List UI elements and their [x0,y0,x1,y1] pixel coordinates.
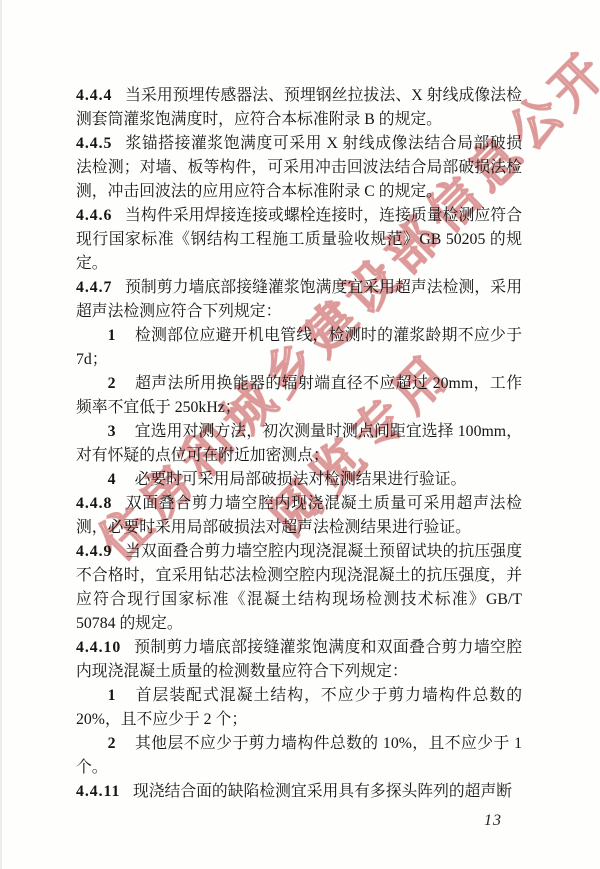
clause-paragraph: 4.4.4当采用预埋传感器法、预埋钢丝拉拔法、X 射线成像法检测套筒灌浆饱满度时… [76,84,522,132]
clause-text: 当构件采用焊接连接或螺栓连接时，连接质量检测应符合现行国家标准《钢结构工程施工质… [76,207,522,272]
clause-number: 4.4.11 [76,783,120,800]
clause-text: 预制剪力墙底部接缝灌浆饱满度宜采用超声法检测，采用超声法检测应符合下列规定： [76,279,522,320]
item-number: 1 [108,687,117,704]
clause-number: 4.4.9 [76,543,112,560]
clause-paragraph: 4.4.11现浇结合面的缺陷检测宜采用具有多探头阵列的超声断 [76,780,522,804]
clause-text: 浆锚搭接灌浆饱满度可采用 X 射线成像法结合局部破损法检测；对墙、板等构件，可采… [76,135,522,200]
clause-paragraph: 4.4.10预制剪力墙底部接缝灌浆饱满度和双面叠合剪力墙空腔内现浇混凝土质量的检… [76,636,522,684]
numbered-item: 2超声法所用换能器的辐射端直径不应超过 20mm，工作频率不宜低于 250kHz… [76,372,522,420]
clause-number: 4.4.10 [76,639,121,656]
numbered-item: 1首层装配式混凝土结构，不应少于剪力墙构件总数的 20%，且不应少于 2 个； [76,684,522,732]
item-text: 其他层不应少于剪力墙构件总数的 10%，且不应少于 1 个。 [76,735,522,776]
item-number: 1 [108,327,117,344]
item-text: 宜选用对测方法，初次测量时测点间距宜选择 100mm，对有怀疑的点位可在附近加密… [76,423,522,464]
item-text: 首层装配式混凝土结构，不应少于剪力墙构件总数的 20%，且不应少于 2 个； [76,687,522,728]
clause-number: 4.4.7 [76,279,112,296]
clause-number: 4.4.6 [76,207,112,224]
clause-text: 现浇结合面的缺陷检测宜采用具有多探头阵列的超声断 [133,783,512,800]
item-number: 2 [108,735,117,752]
clause-number: 4.4.5 [76,135,112,152]
numbered-item: 3宜选用对测方法，初次测量时测点间距宜选择 100mm，对有怀疑的点位可在附近加… [76,420,522,468]
item-text: 必要时可采用局部破损法对检测结果进行验证。 [135,471,467,488]
clause-paragraph: 4.4.5浆锚搭接灌浆饱满度可采用 X 射线成像法结合局部破损法检测；对墙、板等… [76,132,522,204]
clause-number: 4.4.8 [76,495,112,512]
scan-edge-line [0,0,2,869]
item-number: 3 [108,423,117,440]
clause-text: 双面叠合剪力墙空腔内现浇混凝土质量可采用超声法检测，必要时采用局部破损法对超声法… [76,495,522,536]
clause-text: 预制剪力墙底部接缝灌浆饱满度和双面叠合剪力墙空腔内现浇混凝土质量的检测数量应符合… [76,639,522,680]
numbered-item: 2其他层不应少于剪力墙构件总数的 10%，且不应少于 1 个。 [76,732,522,780]
numbered-item: 4必要时可采用局部破损法对检测结果进行验证。 [76,468,522,492]
clause-paragraph: 4.4.6当构件采用焊接连接或螺栓连接时，连接质量检测应符合现行国家标准《钢结构… [76,204,522,276]
clause-paragraph: 4.4.7预制剪力墙底部接缝灌浆饱满度宜采用超声法检测，采用超声法检测应符合下列… [76,276,522,324]
clause-text: 当双面叠合剪力墙空腔内现浇混凝土预留试块的抗压强度不合格时，宜采用钻芯法检测空腔… [76,543,522,632]
item-text: 检测部位应避开机电管线，检测时的灌浆龄期不应少于 7d； [76,327,522,368]
numbered-item: 1检测部位应避开机电管线，检测时的灌浆龄期不应少于 7d； [76,324,522,372]
item-number: 2 [108,375,117,392]
clause-paragraph: 4.4.8双面叠合剪力墙空腔内现浇混凝土质量可采用超声法检测，必要时采用局部破损… [76,492,522,540]
item-number: 4 [108,471,117,488]
document-page: 住房和城乡建设部信息公开 阅览专用 4.4.4当采用预埋传感器法、预埋钢丝拉拔法… [0,0,600,869]
clause-number: 4.4.4 [76,87,112,104]
item-text: 超声法所用换能器的辐射端直径不应超过 20mm，工作频率不宜低于 250kHz； [76,375,522,416]
document-body: 4.4.4当采用预埋传感器法、预埋钢丝拉拔法、X 射线成像法检测套筒灌浆饱满度时… [76,84,522,804]
clause-text: 当采用预埋传感器法、预埋钢丝拉拔法、X 射线成像法检测套筒灌浆饱满度时，应符合本… [76,87,522,128]
clause-paragraph: 4.4.9当双面叠合剪力墙空腔内现浇混凝土预留试块的抗压强度不合格时，宜采用钻芯… [76,540,522,636]
page-number: 13 [484,812,502,830]
